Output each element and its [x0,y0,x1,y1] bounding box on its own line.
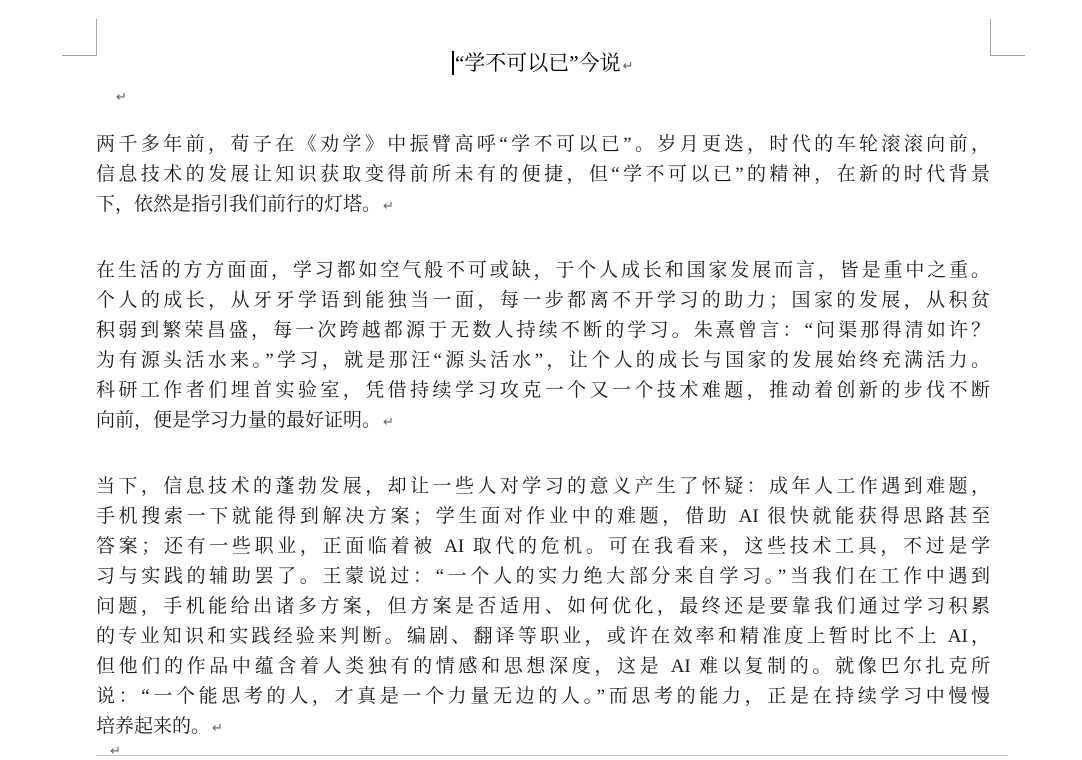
paragraph-mark-icon: ↵ [621,59,634,74]
document-title: “学不可以已”今说 [455,51,621,75]
text-line[interactable]: 两千多年前，荀子在《劝学》中振臂高呼“学不可以已”。岁月更迭，时代的车轮滚滚向前… [96,130,990,160]
margin-crop-mark-top-left [62,19,97,56]
document-page[interactable]: “学不可以已”今说↵ ↵ 两千多年前，荀子在《劝学》中振臂高呼“学不可以已”。岁… [0,0,1082,760]
text-line[interactable]: 为有源头活水来。”学习，就是那汪“源头活水”，让个人的成长与国家的发展始终充满活… [96,346,990,376]
text-line[interactable]: 说：“一个能思考的人，才真是一个力量无边的人。”而思考的能力，正是在持续学习中慢… [96,682,990,712]
text-line-content: 向前，便是学习力量的最好证明。 [96,410,381,431]
text-line[interactable]: 问题，手机能给出诸多方案，但方案是否适用、如何优化，最终还是要靠我们通过学习积累 [96,592,990,622]
text-line-content: 下，依然是指引我们前行的灯塔。 [96,194,381,215]
text-line[interactable]: 手机搜索一下就能得到解决方案；学生面对作业中的难题，借助 AI 很快就能获得思路… [96,502,990,532]
text-cursor [452,51,454,75]
paragraph-mark-icon: ↵ [108,744,121,759]
paragraph-3: 当下，信息技术的蓬勃发展，却让一些人对学习的意义产生了怀疑：成年人工作遇到难题，… [96,472,990,744]
empty-paragraph[interactable]: ↵ [96,82,990,112]
paragraph-1: 两千多年前，荀子在《劝学》中振臂高呼“学不可以已”。岁月更迭，时代的车轮滚滚向前… [96,130,990,222]
paragraph-mark-icon: ↵ [114,90,127,105]
text-line[interactable]: 的专业知识和实践经验来判断。编剧、翻译等职业，或许在效率和精准度上暂时比不上 A… [96,622,990,652]
clipped-next-paragraph-mark: ↵ [108,742,121,760]
document-title-line[interactable]: “学不可以已”今说↵ [96,48,990,82]
text-line[interactable]: 积弱到繁荣昌盛，每一次跨越都源于无数人持续不断的学习。朱熹曾言：“问渠那得清如许… [96,316,990,346]
text-line[interactable]: 当下，信息技术的蓬勃发展，却让一些人对学习的意义产生了怀疑：成年人工作遇到难题， [96,472,990,502]
document-text-area: “学不可以已”今说↵ ↵ 两千多年前，荀子在《劝学》中振臂高呼“学不可以已”。岁… [96,48,990,744]
text-line[interactable]: 在生活的方方面面，学习都如空气般不可或缺，于个人成长和国家发展而言，皆是重中之重… [96,256,990,286]
text-line[interactable]: 答案；还有一些职业，正面临着被 AI 取代的危机。可在我看来，这些技术工具，不过… [96,532,990,562]
text-line[interactable]: 但他们的作品中蕴含着人类独有的情感和思想深度，这是 AI 难以复制的。就像巴尔扎… [96,652,990,682]
text-line[interactable]: 下，依然是指引我们前行的灯塔。↵ [96,190,990,222]
text-line[interactable]: 培养起来的。↵ [96,712,990,744]
paragraph-2: 在生活的方方面面，学习都如空气般不可或缺，于个人成长和国家发展而言，皆是重中之重… [96,256,990,438]
text-line[interactable]: 个人的成长，从牙牙学语到能独当一面，每一步都离不开学习的助力；国家的发展，从积贫 [96,286,990,316]
text-line-content: 培养起来的。 [96,716,210,737]
paragraph-mark-icon: ↵ [381,199,394,214]
clipped-bottom-rule [96,755,1008,756]
text-line[interactable]: 信息技术的发展让知识获取变得前所未有的便捷，但“学不可以已”的精神，在新的时代背… [96,160,990,190]
paragraph-mark-icon: ↵ [381,415,394,430]
margin-crop-mark-top-right [990,19,1025,56]
text-line[interactable]: 习与实践的辅助罢了。王蒙说过：“一个人的实力绝大部分来自学习。”当我们在工作中遇… [96,562,990,592]
paragraph-mark-icon: ↵ [210,721,223,736]
text-line[interactable]: 科研工作者们埋首实验室，凭借持续学习攻克一个又一个技术难题，推动着创新的步伐不断 [96,376,990,406]
text-line[interactable]: 向前，便是学习力量的最好证明。↵ [96,406,990,438]
